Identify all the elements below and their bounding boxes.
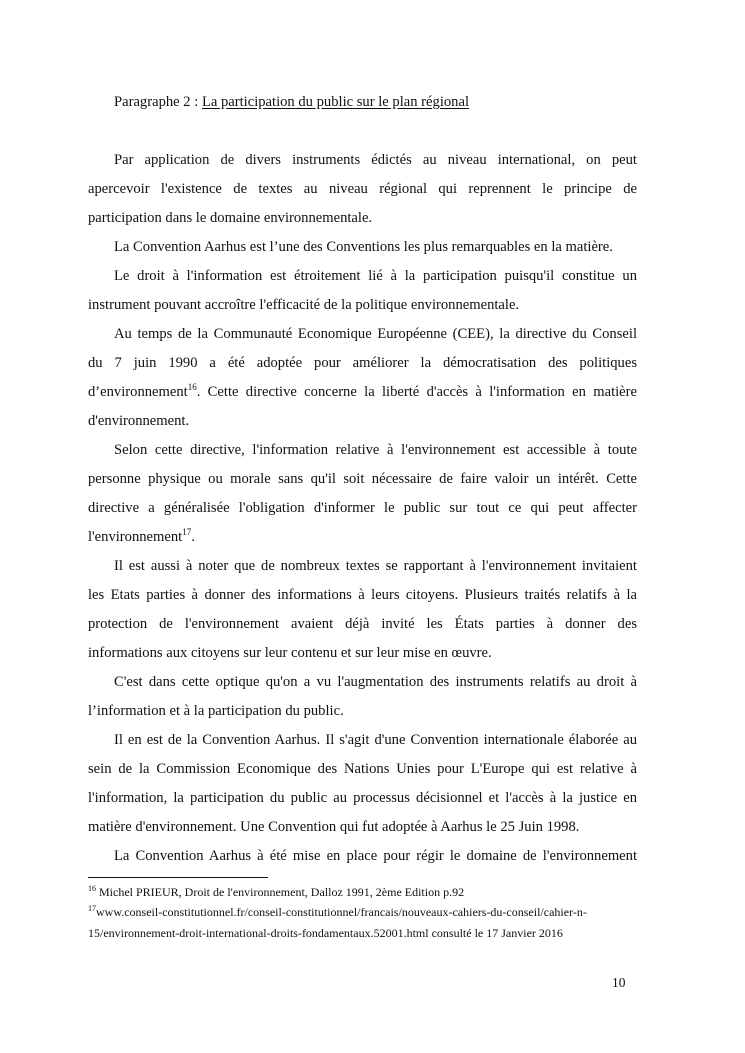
body-line: Le droit à l'information est étroitement…: [114, 266, 637, 286]
footnote-17: 17www.conseil-constitutionnel.fr/conseil…: [88, 904, 587, 920]
body-line: personne physique ou morale sans qu'il s…: [88, 469, 637, 489]
body-line: l’information et à la participation du p…: [88, 701, 637, 721]
footnote-number: 16: [88, 884, 96, 893]
body-line: l'information, la participation du publi…: [88, 788, 637, 808]
body-line: La Convention Aarhus à été mise en place…: [114, 846, 637, 866]
footnote-text: Michel PRIEUR, Droit de l'environnement,…: [96, 885, 464, 899]
body-line: apercevoir l'existence de textes au nive…: [88, 179, 637, 199]
footnote-text: 15/environnement-droit-international-dro…: [88, 926, 563, 940]
body-line: Il en est de la Convention Aarhus. Il s'…: [114, 730, 637, 750]
body-line-with-footnote: d’environnement16. Cette directive conce…: [88, 382, 637, 402]
body-text: . Cette directive concerne la liberté d'…: [197, 384, 637, 400]
body-line: matière d'environnement. Une Convention …: [88, 817, 637, 837]
body-text: d’environnement: [88, 384, 188, 400]
body-line: les Etats parties à donner des informati…: [88, 585, 637, 605]
body-line-with-footnote: l'environnement17.: [88, 527, 637, 547]
body-line: directive a généralisée l'obligation d'i…: [88, 498, 637, 518]
body-text: l'environnement: [88, 529, 182, 545]
heading-title: La participation du public sur le plan r…: [202, 94, 469, 110]
footnote-16: 16 Michel PRIEUR, Droit de l'environneme…: [88, 884, 464, 900]
footnote-17-continued: 15/environnement-droit-international-dro…: [88, 925, 563, 941]
section-heading: Paragraphe 2 : La participation du publi…: [114, 92, 663, 112]
body-line: informations aux citoyens sur leur conte…: [88, 643, 637, 663]
document-page: Paragraphe 2 : La participation du publi…: [0, 0, 745, 1053]
footnote-ref: 16: [188, 382, 197, 392]
body-line: C'est dans cette optique qu'on a vu l'au…: [114, 672, 637, 692]
heading-prefix: Paragraphe 2 :: [114, 94, 202, 110]
body-line: d'environnement.: [88, 411, 637, 431]
body-line: du 7 juin 1990 a été adoptée pour amélio…: [88, 353, 637, 373]
footnote-text: www.conseil-constitutionnel.fr/conseil-c…: [96, 905, 587, 919]
footnote-ref: 17: [182, 527, 191, 537]
body-line: Au temps de la Communauté Economique Eur…: [114, 324, 637, 344]
footnote-separator: [88, 877, 268, 878]
body-line: Selon cette directive, l'information rel…: [114, 440, 637, 460]
body-line: instrument pouvant accroître l'efficacit…: [88, 295, 637, 315]
body-line: sein de la Commission Economique des Nat…: [88, 759, 637, 779]
page-number: 10: [612, 975, 626, 991]
footnote-number: 17: [88, 904, 96, 913]
body-line: participation dans le domaine environnem…: [88, 208, 637, 228]
body-line: La Convention Aarhus est l’une des Conve…: [114, 237, 637, 257]
body-line: Il est aussi à noter que de nombreux tex…: [114, 556, 637, 576]
body-line: protection de l'environnement avaient dé…: [88, 614, 637, 634]
body-text: .: [191, 529, 195, 545]
body-line: Par application de divers instruments éd…: [114, 150, 637, 170]
